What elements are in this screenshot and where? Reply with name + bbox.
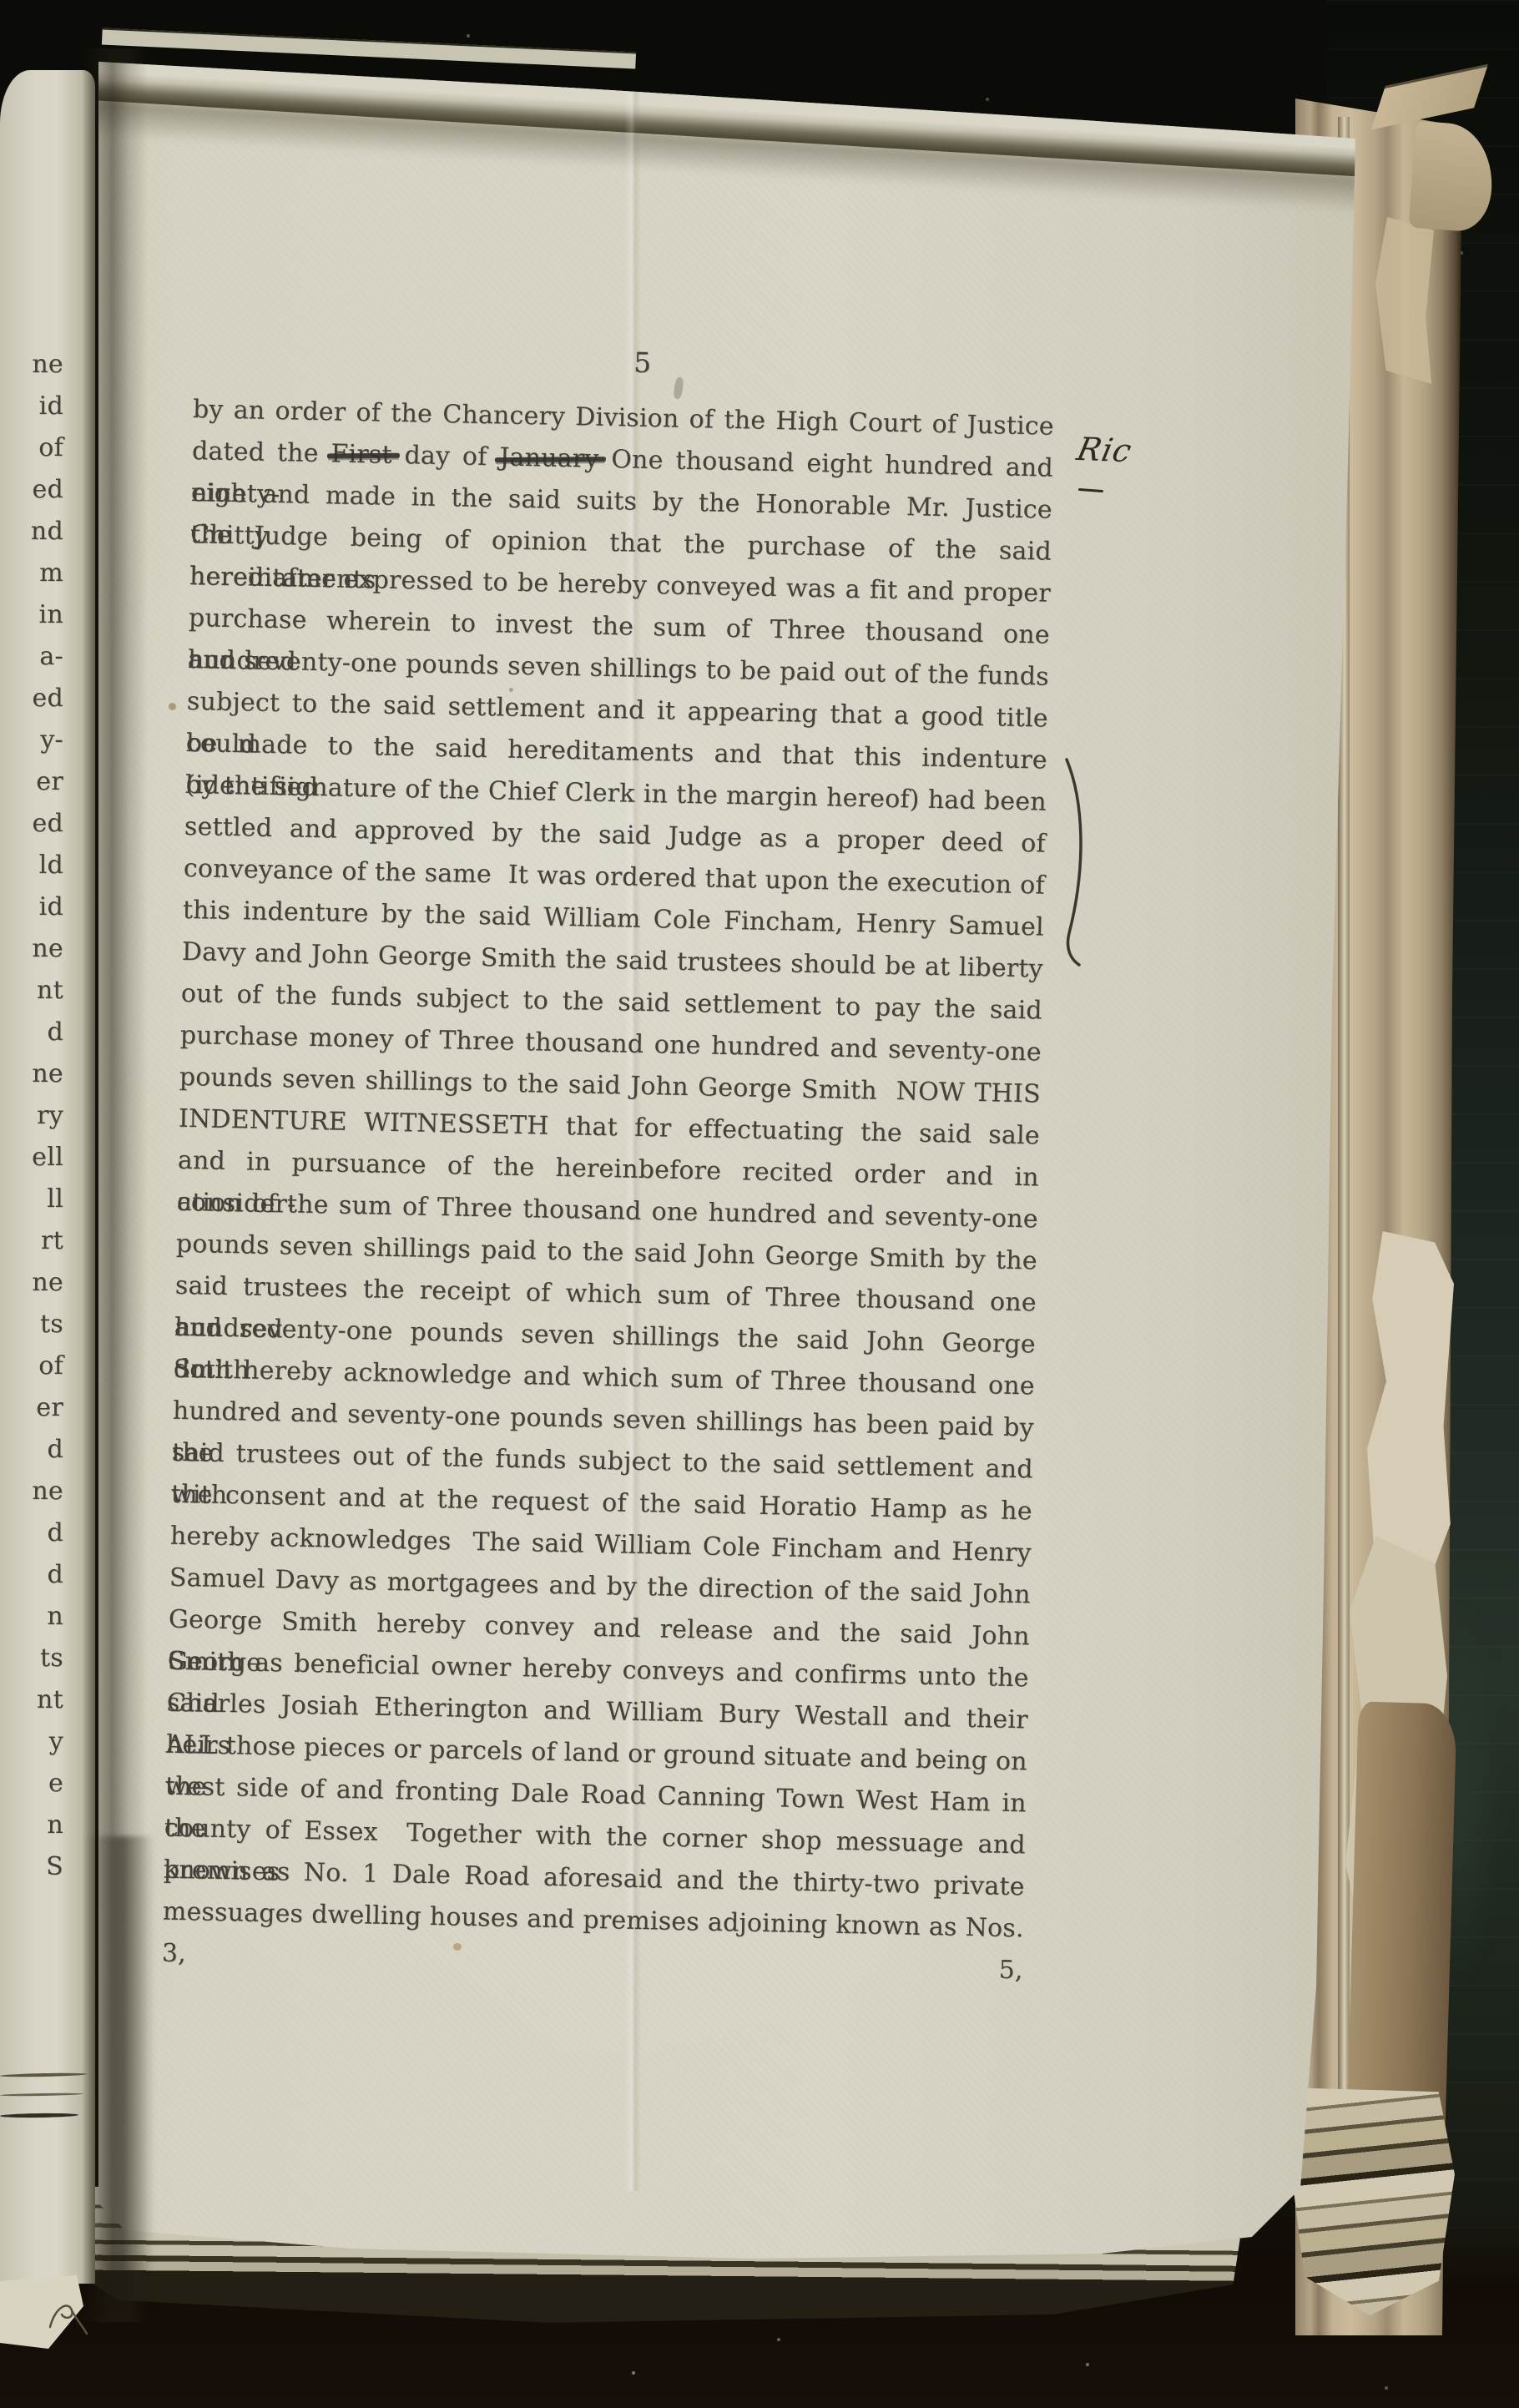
facing-fragment: ld [0, 845, 67, 886]
facing-fragment: ne [0, 1262, 67, 1304]
facing-fragment: id [0, 386, 67, 427]
underlying-page-edge [102, 28, 636, 68]
facing-fragment: m [0, 553, 67, 594]
struck-word: First [331, 433, 392, 476]
facing-fragment: ne [0, 1471, 67, 1512]
facing-page-sliver: neidofedndmina-edy-eredldidnentdneryelll… [0, 70, 95, 2284]
facing-fragment: n [0, 1805, 67, 1846]
facing-fragment: ed [0, 678, 67, 719]
facing-fragment: er [0, 1387, 67, 1429]
facing-fragment: ne [0, 344, 67, 386]
facing-fragment: id [0, 886, 67, 928]
facing-fragment: e [0, 1763, 67, 1805]
facing-fragment: y [0, 1721, 67, 1763]
facing-fragment: d [0, 1512, 67, 1554]
facing-fragment: a- [0, 636, 67, 678]
facing-fragment: of [0, 1345, 67, 1387]
facing-fragment: ell [0, 1137, 67, 1179]
paper-stain [169, 703, 176, 710]
facing-fragment: d [0, 1554, 67, 1596]
facing-fragment: ne [0, 928, 67, 970]
facing-fragment: ll [0, 1179, 67, 1220]
handwritten-margin-note: Ric [1069, 431, 1181, 492]
binding-gutter-shadow-lower [87, 1836, 167, 2304]
struck-word: January [499, 437, 599, 480]
text-lines: by an order of the Chancery Division of … [162, 389, 1054, 1950]
facing-fragment: ts [0, 1304, 67, 1345]
facing-fragment: S [0, 1846, 67, 1888]
document-page: 5 by an order of the Chancery Division o… [0, 0, 1519, 2408]
facing-fragment: ne [0, 1053, 67, 1095]
facing-fragment: ed [0, 803, 67, 845]
facing-fragment: ed [0, 469, 67, 511]
facing-fragment: er [0, 761, 67, 803]
facing-fragment: ry [0, 1095, 67, 1137]
paper-stain [509, 688, 513, 692]
facing-fragment: in [0, 594, 67, 636]
dust-specks [0, 0, 2, 2]
facing-fragment: nt [0, 1679, 67, 1721]
facing-fragment: rt [0, 1220, 67, 1262]
facing-fragment: ts [0, 1638, 67, 1679]
facing-fragment: d [0, 1429, 67, 1471]
book-scan: neidofedndmina-edy-eredldidnentdneryelll… [0, 0, 1519, 2408]
facing-fragment: d [0, 1012, 67, 1053]
paper-stain [453, 1943, 462, 1951]
facing-fragment: y- [0, 719, 67, 761]
facing-fragment: nd [0, 511, 67, 553]
facing-fragment: of [0, 427, 67, 469]
facing-fragment: nt [0, 970, 67, 1012]
facing-page-fragments: neidofedndmina-edy-eredldidnentdneryelll… [0, 344, 67, 1888]
printed-text-block: 5 by an order of the Chancery Division o… [162, 327, 1055, 1950]
margin-bracket [1058, 756, 1097, 970]
facing-fragment: n [0, 1596, 67, 1638]
